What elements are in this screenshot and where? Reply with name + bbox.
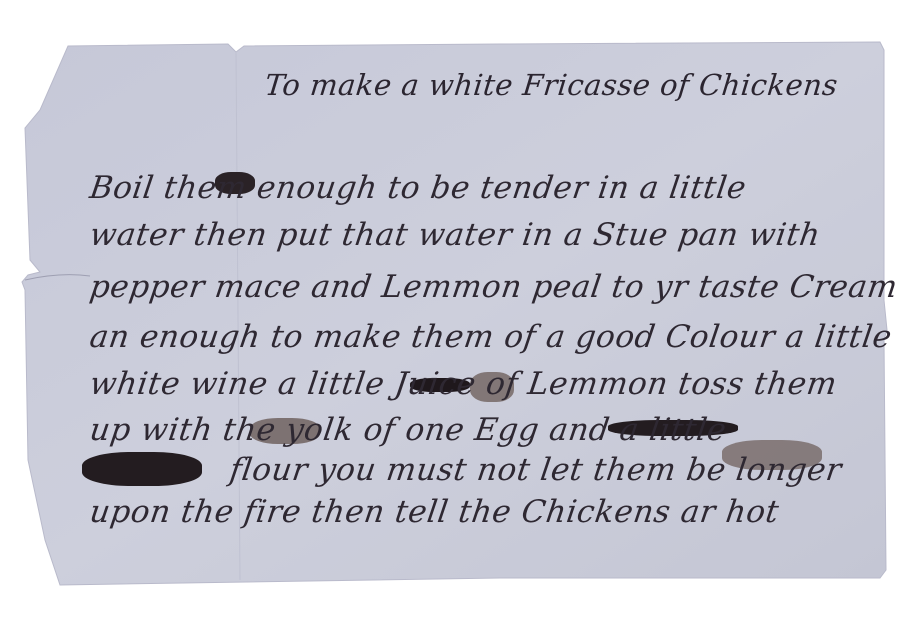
text-line: an enough to make them of a good Colour … (87, 319, 894, 355)
text-line: flour you must not let them be longer (227, 452, 844, 488)
handwritten-text: To make a white Fricasse of Chickens Boi… (0, 0, 914, 631)
text-line: pepper mace and Lemmon peal to yr taste … (87, 269, 900, 305)
text-line: up with the yolk of one Egg and a little (87, 412, 728, 448)
recipe-title: To make a white Fricasse of Chickens (263, 68, 867, 102)
text-line: Boil them enough to be tender in a littl… (87, 170, 748, 206)
text-line: white wine a little Juice of Lemmon toss… (87, 366, 839, 402)
text-line: upon the fire then tell the Chickens ar … (87, 494, 781, 530)
text-line: water then put that water in a Stue pan … (87, 217, 822, 253)
